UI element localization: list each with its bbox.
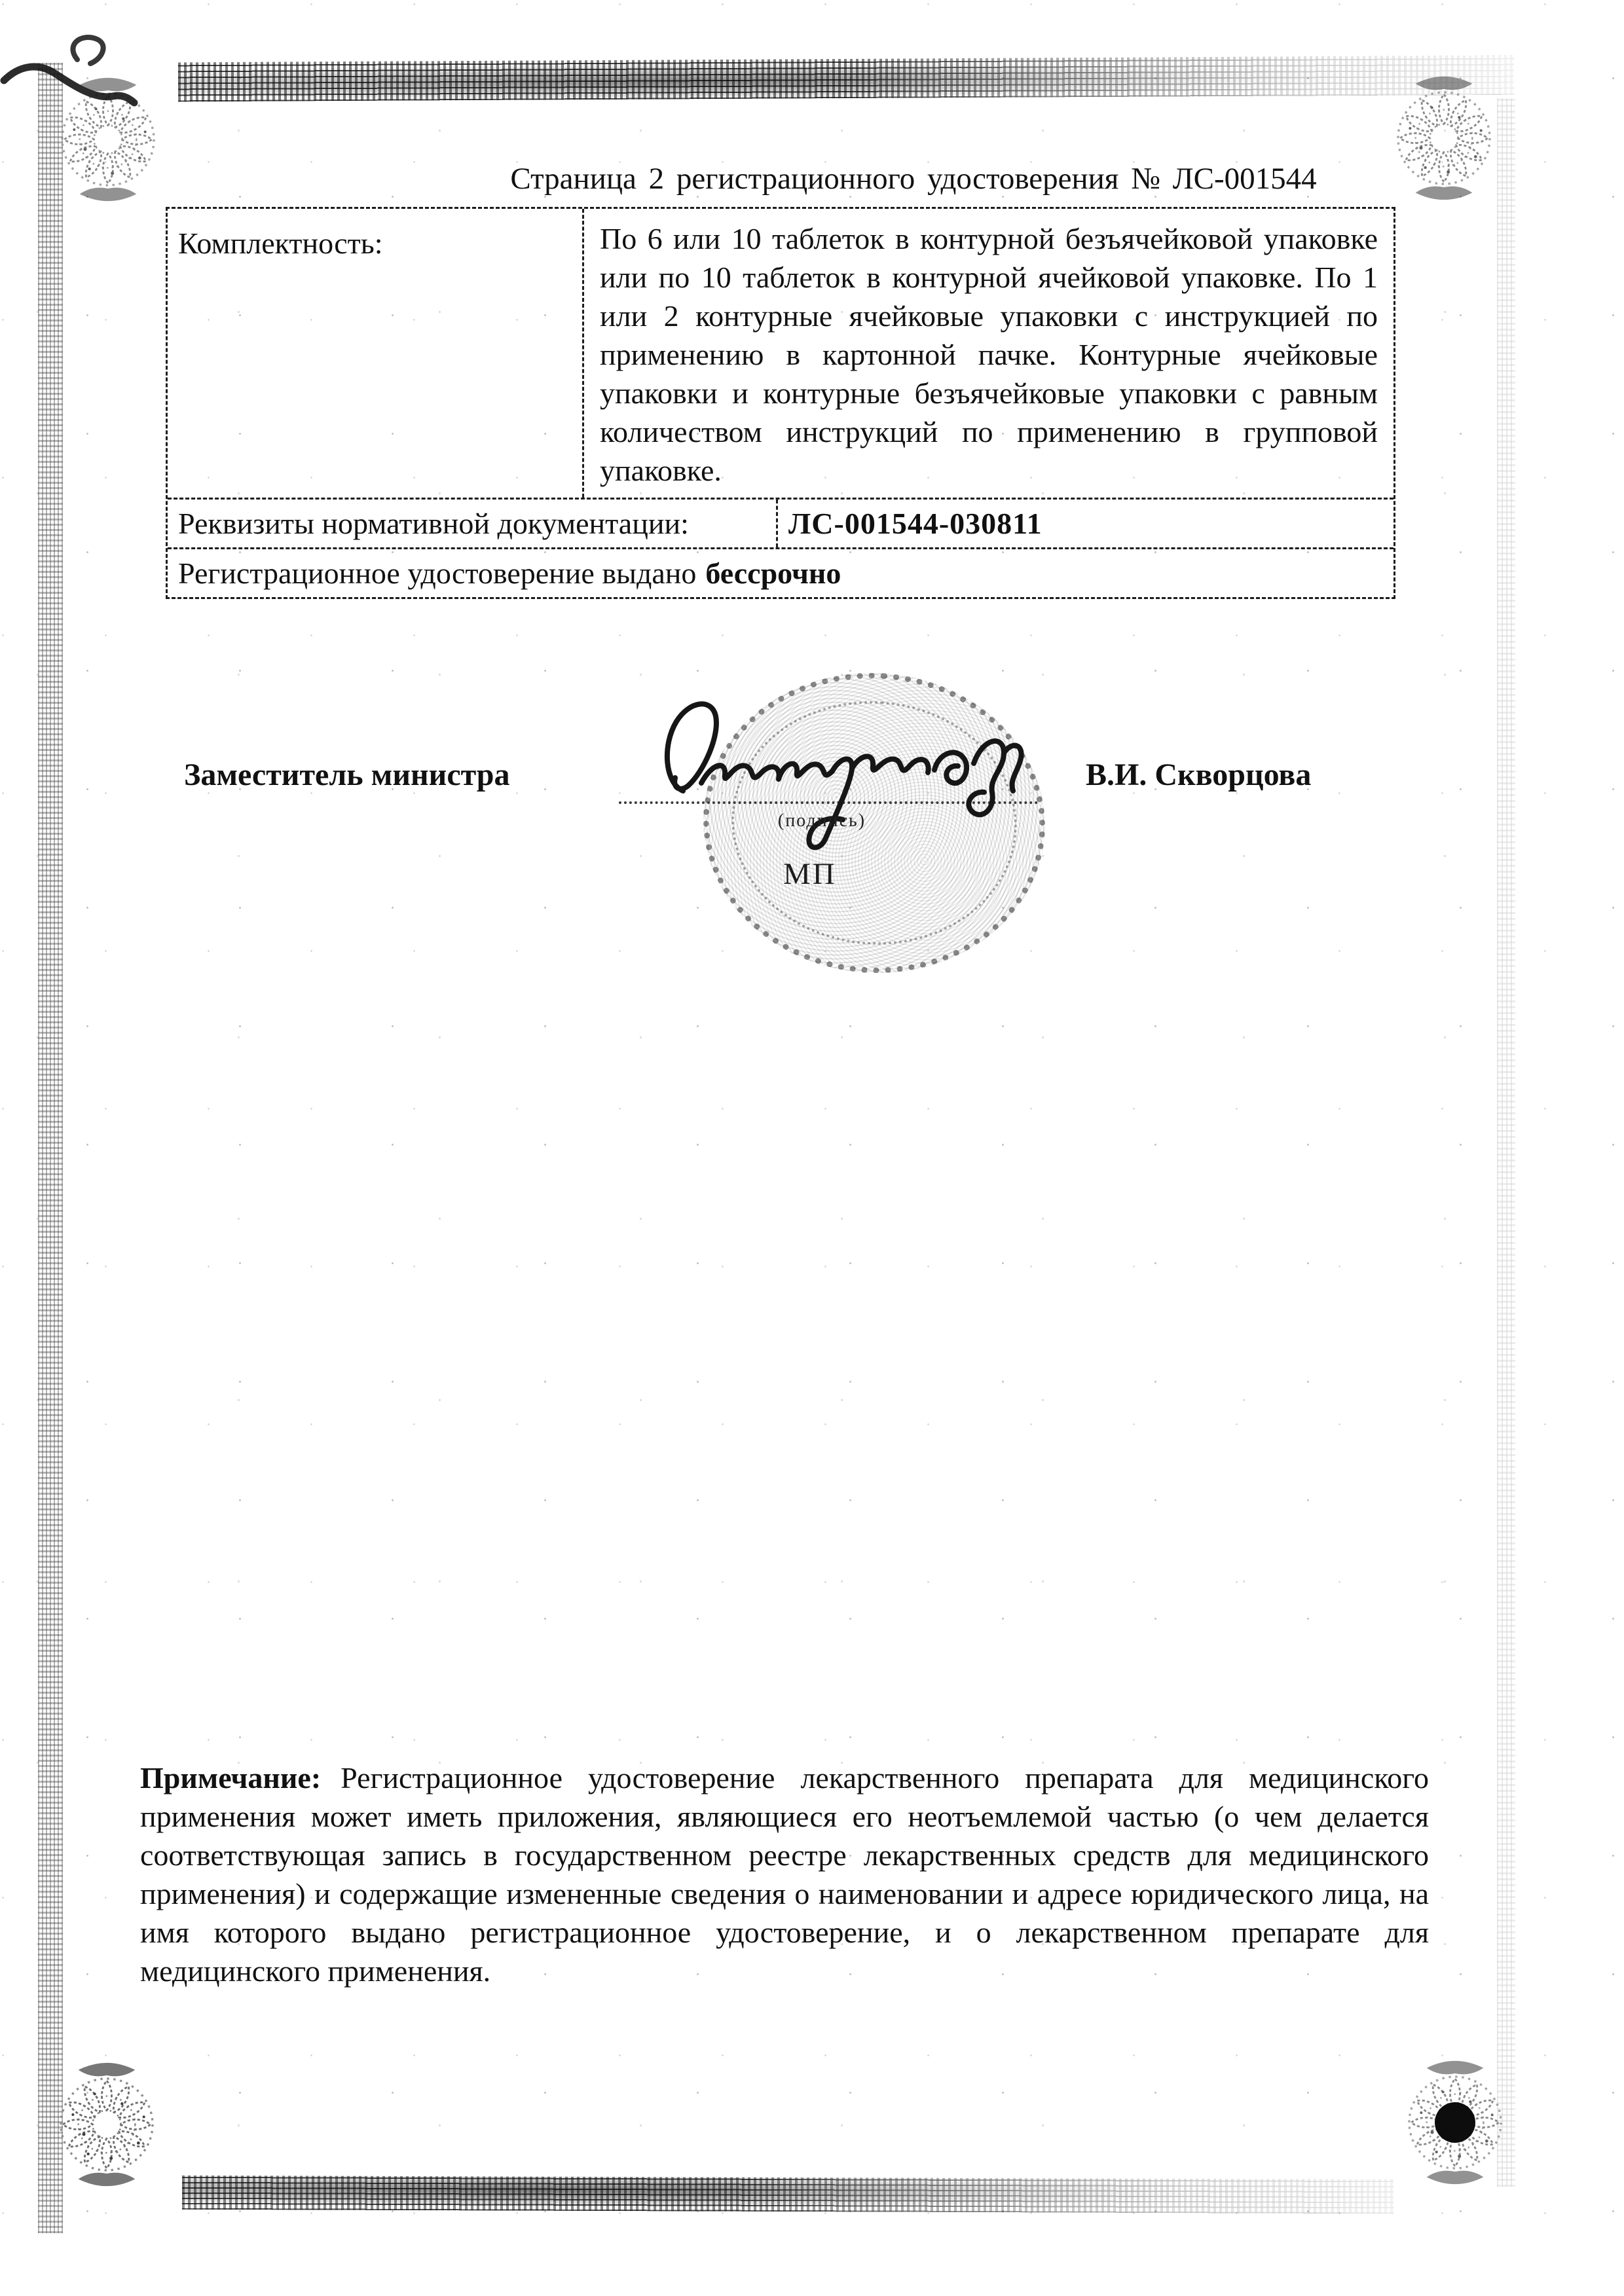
validity-text: Регистрационное удостоверение выдано бес… bbox=[168, 549, 851, 597]
normative-docs-value: ЛС-001544-030811 bbox=[778, 500, 1393, 547]
table-row-normative-docs: Реквизиты нормативной документации: ЛС-0… bbox=[168, 498, 1393, 547]
ink-dot bbox=[1435, 2102, 1475, 2143]
validity-text-regular: Регистрационное удостоверение выдано bbox=[178, 556, 696, 591]
border-ornament-left bbox=[38, 63, 63, 2233]
page-title: Страница 2 регистрационного удостоверени… bbox=[419, 161, 1408, 196]
border-ornament-right bbox=[1497, 98, 1515, 2187]
table-row-validity: Регистрационное удостоверение выдано бес… bbox=[168, 547, 1393, 597]
registration-table: Комплектность: По 6 или 10 таблеток в ко… bbox=[166, 207, 1395, 599]
signature-caption: (подпись) bbox=[747, 811, 897, 831]
note-label: Примечание: bbox=[140, 1761, 321, 1795]
completeness-value: По 6 или 10 таблеток в контурной безъяче… bbox=[584, 209, 1393, 498]
signature-script bbox=[638, 666, 1044, 863]
completeness-label: Комплектность: bbox=[168, 209, 584, 498]
note-paragraph: Примечание:Регистрационное удостоверение… bbox=[140, 1758, 1429, 1990]
normative-docs-label: Реквизиты нормативной документации: bbox=[168, 500, 778, 547]
border-ornament-top bbox=[178, 56, 1514, 102]
note-text: Регистрационное удостоверение лекарствен… bbox=[140, 1761, 1429, 1988]
validity-text-bold: бессрочно bbox=[705, 556, 841, 591]
signatory-name-label: В.И. Скворцова bbox=[1086, 757, 1311, 793]
border-ornament-bottom bbox=[182, 2176, 1393, 2214]
document-page: Страница 2 регистрационного удостоверени… bbox=[0, 0, 1624, 2296]
signatory-position-label: Заместитель министра bbox=[184, 757, 509, 793]
table-row-completeness: Комплектность: По 6 или 10 таблеток в ко… bbox=[168, 209, 1393, 498]
rosette-ornament-bottom-left bbox=[41, 2059, 172, 2190]
handwritten-scribble bbox=[0, 16, 151, 121]
stamp-place-label: МП bbox=[783, 856, 837, 892]
